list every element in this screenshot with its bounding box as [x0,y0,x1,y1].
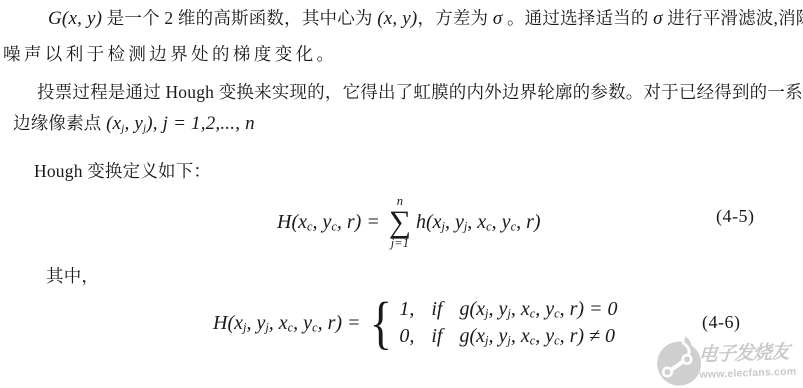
text-token: Hough 变换定义如下： [34,161,211,181]
sigma-icon: ∑ [389,207,411,236]
equation-4-6-number: (4-6) [702,312,740,333]
paragraph-1-line-2: 噪声以利于检测边界处的梯度变化。 [3,42,337,66]
text-token: , y [535,325,554,347]
paragraph-1-line-1: G(x, y) 是一个 2 维的高斯函数，其中心为 (x, y)，方差为 σ 。… [48,6,803,31]
watermark-text: 电子发烧友 www.elecfans.com [698,331,796,381]
text-token: , y [293,312,312,334]
paragraph-2-line-1: 投票过程是通过 Hough 变换来实现的，它得出了虹膜的内外边界轮廓的参数。对于… [37,80,803,104]
equation-4-5-number: (4-5) [716,206,754,227]
text-token: , x [511,298,530,320]
text-token: , y [246,312,265,334]
text-token: , r) = [318,312,361,334]
text-token: 进行平滑滤波,消除 [663,8,803,28]
text-token: σ [653,8,663,29]
text-token: , x [511,325,530,347]
equation-4-5-rhs: h(xj, yj, xc, yc, r) [416,211,541,234]
paragraph-2-line-2: 边缘像素点 (xj, yj), j = 1,2,..., n [13,111,255,140]
text-token: 噪声以利于检测边界处的梯度变化。 [3,44,337,64]
text-token: , r) = 0 [560,298,618,320]
text-token: H(x [213,312,243,334]
paragraph-4-line-1: 其中， [46,264,99,288]
text-token: g(x [459,298,485,320]
text-token: , y [488,325,507,347]
text-token: , r) = [337,211,380,233]
equation-4-6-formula: H(xj, yj, xc, yc, r) = { 1,ifg(xj, yj, x… [213,292,618,354]
watermark-url: www.elecfans.com [699,366,796,381]
text-token: 0, [399,325,414,347]
text-token: 其中， [46,266,99,286]
text-token: , r) ≠ 0 [560,325,615,347]
text-token: σ [493,8,503,29]
text-token: g(x [459,325,485,347]
equation-4-6-cases: 1,ifg(xj, yj, xc, yc, r) = 0 0,ifg(xj, y… [399,298,617,348]
summation-symbol: n ∑ j=1 [389,195,411,249]
equation-4-5-lhs: H(xc, yc, r) = [277,211,380,234]
text-token: ，方差为 [417,8,492,28]
text-token: , y [535,298,554,320]
text-token: 。通过选择适当的 [502,8,653,28]
watermark: 电子发烧友 www.elecfans.com [655,331,796,388]
document-page: G(x, y) 是一个 2 维的高斯函数，其中心为 (x, y)，方差为 σ 。… [0,0,803,388]
text-token: 边缘像素点 [13,113,106,133]
text-token: if [431,298,442,320]
text-token: , y [488,298,507,320]
equation-4-5-formula: H(xc, yc, r) = n ∑ j=1 h(xj, yj, xc, yc,… [277,192,541,252]
text-token: , x [269,312,288,334]
text-token: 1, [399,298,414,320]
text-token: if [431,325,442,347]
text-token: , x [467,211,486,233]
text-token: ), j = 1,2,..., n [146,113,255,134]
text-token: , y [492,211,511,233]
equation-4-6-lhs: H(xj, yj, xc, yc, r) = [213,312,361,335]
text-token: , y [445,211,464,233]
left-curly-brace: { [369,294,391,352]
text-token: 投票过程是通过 Hough 变换来实现的，它得出了虹膜的内外边界轮廓的参数。对于… [37,82,803,102]
text-token: (x [106,113,121,134]
text-token: h(x [416,211,442,233]
text-token: , y [312,211,331,233]
text-token: 是一个 2 维的高斯函数，其中心为 [102,8,377,28]
text-token: , y [124,113,143,134]
text-token: H(x [277,211,307,233]
case-row-2: 0,ifg(xj, yj, xc, yc, r) ≠ 0 [399,325,617,348]
paragraph-3-line-1: Hough 变换定义如下： [34,159,211,183]
text-token: (x, y) [377,8,417,29]
case-row-1: 1,ifg(xj, yj, xc, yc, r) = 0 [399,298,617,321]
watermark-title: 电子发烧友 [698,337,797,367]
text-token: G(x, y) [48,8,102,29]
text-token: , r) [516,211,540,233]
summation-lower-limit: j=1 [391,237,409,250]
